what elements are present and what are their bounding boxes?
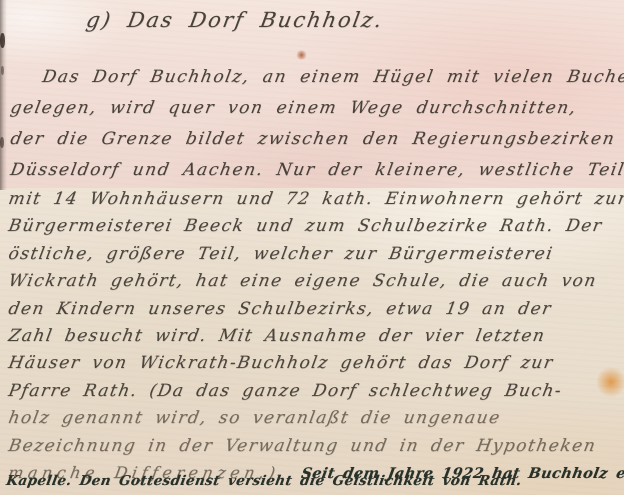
handwritten-line: Zahl besucht wird. Mit Ausnahme der vier… (6, 323, 621, 350)
handwritten-line: Bürgermeisterei Beeck und zum Schulbezir… (6, 213, 621, 240)
handwritten-line: Pfarre Rath. (Da das ganze Dorf schlecht… (6, 378, 621, 405)
handwritten-line: Wickrath gehört, hat eine eigene Schule,… (6, 268, 621, 295)
handwritten-line: mit 14 Wohnhäusern und 72 kath. Einwohne… (6, 186, 621, 213)
scan-edge-shadow (0, 0, 7, 190)
handwritten-line: gelegen, wird quer von einem Wege durchs… (8, 93, 621, 124)
handwritten-line: östliche, größere Teil, welcher zur Bürg… (6, 241, 621, 268)
handwritten-line: den Kindern unseres Schulbezirks, etwa 1… (6, 296, 621, 323)
handwritten-line: holz genannt wird, so veranlaßt die unge… (6, 405, 621, 432)
paper-speck (0, 137, 4, 148)
manuscript-page: g) Das Dorf Buchholz. Das Dorf Buchholz,… (0, 0, 624, 495)
handwritten-line: Bezeichnung in der Verwaltung und in der… (6, 433, 621, 460)
later-addition-line: Kapelle. Den Gottesdienst versieht die G… (5, 473, 523, 489)
handwritten-line: der die Grenze bildet zwischen den Regie… (8, 124, 621, 155)
handwritten-line: Das Dorf Buchholz, an einem Hügel mit vi… (8, 62, 621, 93)
paragraph-2: mit 14 Wohnhäusern und 72 kath. Einwohne… (8, 186, 618, 483)
document-title: g) Das Dorf Buchholz. (84, 8, 385, 32)
paper-speck (1, 66, 4, 75)
handwritten-line: Häuser von Wickrath-Buchholz gehört das … (6, 350, 621, 377)
paragraph-1: Das Dorf Buchholz, an einem Hügel mit vi… (10, 62, 618, 186)
handwritten-line: Düsseldorf und Aachen. Nur der kleinere,… (8, 155, 621, 186)
paper-speck (0, 33, 5, 48)
